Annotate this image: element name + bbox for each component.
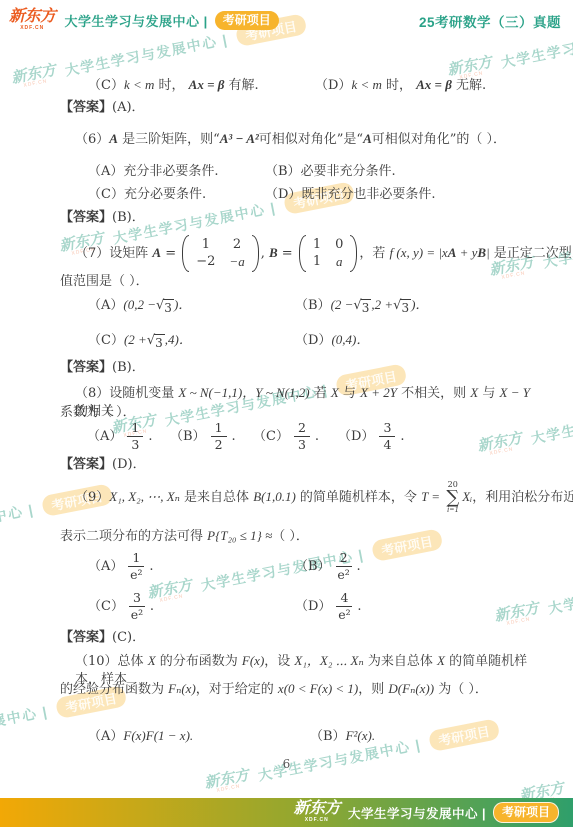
option-b: （B）12. — [170, 421, 236, 453]
option-d: （D）4e². — [295, 591, 362, 623]
fraction: 12 — [211, 421, 227, 453]
question-7-options-ab: （A）(0,2 −√3)． （B）(2 −√3,2 +√3)． — [60, 296, 543, 316]
fraction: 23 — [294, 421, 310, 453]
question-6-options-ab: （A）充分非必要条件. （B）必要非充分条件. — [60, 163, 543, 181]
question-7-options-cd: （C）(2 +√3,4)． （D）(0,4)． — [60, 331, 543, 351]
kaoyan-project-badge: 考研项目 — [215, 11, 279, 31]
xdf-logo: 新东方 XDF.CN — [9, 9, 56, 32]
exam-page: 新东方 XDF.CN 大学生学习与发展中心 | 考研项目 25考研数学（三）真题… — [0, 0, 573, 827]
option-d: （D）34. — [338, 421, 405, 453]
option-a: （A）F(x)F(1 − x). — [88, 727, 193, 746]
question-9-stem: （9）X₁, X₂, ⋯, Xₙ 是来自总体 B(1,0.1) 的简单随机样本，… — [60, 477, 543, 518]
summation: 20∑i=1 — [446, 481, 459, 514]
fraction: 3e² — [129, 591, 145, 623]
page-number: 6 — [0, 757, 573, 771]
question-7-stem-line2: 值范围是（ ）． — [60, 273, 543, 291]
left-paren — [299, 235, 306, 273]
sqrt: √3 — [156, 299, 174, 317]
fraction: 34 — [379, 421, 395, 453]
footer-kaoyan-badge: 考研项目 — [493, 802, 559, 824]
question-9-options-cd: （C）3e². （D）4e². — [60, 591, 543, 625]
footer-bar: 新东方 XDF.CN 大学生学习与发展中心 | 考研项目 — [0, 798, 573, 827]
sqrt: √3 — [393, 299, 411, 317]
doc-title: 25考研数学（三）真题 — [419, 11, 561, 31]
footer-xdf-logo: 新东方 XDF.CN — [293, 801, 340, 824]
question-8-answer: 【答案】(D)． — [60, 456, 543, 474]
left-paren — [182, 235, 189, 273]
question-10-stem-line2: 的经验分布函数为 Fₙ(x)，对于给定的 x(0 < F(x) < 1)，则 D… — [60, 680, 543, 699]
fraction: 1e² — [128, 551, 144, 583]
exam-content: （C）k < m 时， Ax = β 有解. （D）k < m 时， Ax = … — [0, 0, 573, 827]
option-c: （C）充分必要条件. — [88, 186, 206, 204]
option-d: （D）k < m 时， Ax = β 无解. — [315, 76, 486, 95]
question-6-stem: （6）A 是三阶矩阵，则“A³ − A²可相似对角化”是“A可相似对角化”的（ … — [60, 130, 543, 149]
option-c: （C）(2 +√3,4)． — [88, 331, 192, 352]
xdf-logo-subtext: XDF.CN — [20, 25, 44, 32]
question-8-options: （A）13. （B）12. （C）23. （D）34. — [60, 421, 543, 453]
option-c: （C）23. — [253, 421, 319, 453]
footer-center-text: 大学生学习与发展中心 | — [348, 804, 486, 822]
question-7-answer: 【答案】(B)． — [60, 359, 543, 377]
option-a: （A）充分非必要条件. — [88, 163, 219, 181]
header-center-text: 大学生学习与发展中心 | — [65, 11, 208, 30]
matrix-a: 12−2−a — [182, 235, 258, 273]
question-7-stem: （7）设矩阵 A = 12−2−a, B = 101a，若 f (x, y) =… — [60, 228, 543, 279]
question-6-options-cd: （C）充分必要条件. （D）既非充分也非必要条件. — [60, 186, 543, 204]
option-b: （B）2e². — [295, 551, 361, 583]
option-b: （B）必要非充分条件. — [265, 163, 396, 181]
option-a: （A）13. — [87, 421, 152, 453]
fraction: 13 — [127, 421, 143, 453]
question-9-stem-line2: 表示二项分布的方法可得 P{T₂₀ ≤ 1} ≈（ ）． — [60, 527, 543, 546]
question-10-options-ab: （A）F(x)F(1 − x). （B）F²(x). — [60, 727, 543, 745]
option-d: （D）(0,4)． — [295, 331, 369, 350]
sqrt: √3 — [147, 334, 165, 352]
question-5-options-cd: （C）k < m 时， Ax = β 有解. （D）k < m 时， Ax = … — [60, 76, 543, 94]
option-a: （A）(0,2 −√3)． — [88, 296, 191, 317]
right-paren — [350, 235, 357, 273]
question-9-options-ab: （A）1e². （B）2e². — [60, 551, 543, 585]
option-d: （D）既非充分也非必要条件. — [265, 186, 436, 204]
option-c: （C）3e². — [88, 591, 154, 623]
right-paren — [252, 235, 259, 273]
sqrt: √3 — [353, 299, 371, 317]
matrix-b: 101a — [299, 235, 358, 273]
option-c: （C）k < m 时， Ax = β 有解. — [88, 76, 259, 95]
question-6-answer: 【答案】(B)． — [60, 209, 543, 227]
option-a: （A）1e². — [88, 551, 153, 583]
page-header: 新东方 XDF.CN 大学生学习与发展中心 | 考研项目 25考研数学（三）真题 — [9, 9, 561, 32]
fraction: 2e² — [336, 551, 352, 583]
option-b: （B）(2 −√3,2 +√3)． — [295, 296, 428, 317]
fraction: 4e² — [336, 591, 352, 623]
question-9-answer: 【答案】(C)． — [60, 629, 543, 647]
option-b: （B）F²(x). — [310, 727, 375, 746]
xdf-logo-text: 新东方 — [9, 9, 56, 25]
question-5-answer: 【答案】(A)． — [60, 99, 543, 117]
